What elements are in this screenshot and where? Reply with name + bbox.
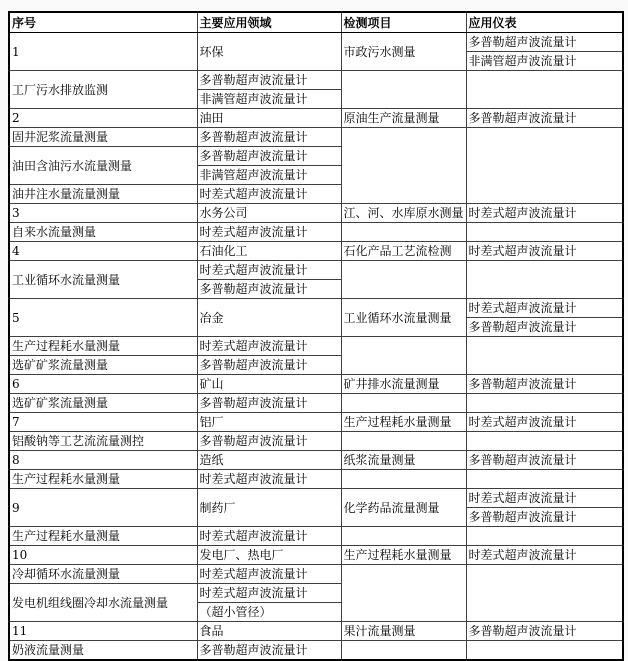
table-cell: 时差式超声波流量计 <box>197 565 341 584</box>
table-cell: 2 <box>9 109 197 128</box>
table-cell: 时差式超声波流量计 <box>197 261 341 280</box>
empty-cell <box>466 394 623 413</box>
table-cell: 工业循环水流量测量 <box>9 261 197 299</box>
table-cell: 油井注水量流量测量 <box>9 185 197 204</box>
table-cell: 时差式超声波流量计 <box>466 299 623 318</box>
table-cell: 多普勒超声波流量计 <box>197 394 341 413</box>
table-cell: 矿井排水流量测量 <box>341 375 466 394</box>
table-cell: 非满管超声波流量计 <box>197 166 341 185</box>
table-cell: 多普勒超声波流量计 <box>197 432 341 451</box>
table-cell: 时差式超声波流量计 <box>197 223 341 242</box>
table-cell: 多普勒超声波流量计 <box>466 622 623 637</box>
table-row: 工厂污水排放监测多普勒超声波流量计 <box>9 71 623 90</box>
header-row: 序号 主要应用领域 检测项目 应用仪表 <box>9 12 623 33</box>
table-header: 序号 主要应用领域 检测项目 应用仪表 <box>9 12 623 33</box>
table-cell: 油田含油污水流量测量 <box>9 147 197 185</box>
empty-cell <box>341 128 466 204</box>
table-cell: 多普勒超声波流量计 <box>197 71 341 90</box>
table-cell: 石油化工 <box>197 242 341 261</box>
empty-cell <box>341 223 466 242</box>
table-cell: 江、河、水库原水测量 <box>341 204 466 223</box>
table-cell: 多普勒超声波流量计 <box>466 318 623 337</box>
table-cell: 时差式超声波流量计 <box>466 413 623 432</box>
table-row: 自来水流量测量时差式超声波流量计 <box>9 223 623 242</box>
table-cell: 9 <box>9 489 197 527</box>
empty-cell <box>341 261 466 299</box>
table-row: 冷却循环水流量测量时差式超声波流量计 <box>9 565 623 584</box>
table-cell: 铝酸钠等工艺流流量测控 <box>9 432 197 451</box>
table-cell: 选矿矿浆流量测量 <box>9 356 197 375</box>
table-cell: 多普勒超声波流量计 <box>197 128 341 147</box>
table-cell: 石化产品工艺流检测 <box>341 242 466 261</box>
empty-cell <box>466 223 623 242</box>
empty-cell <box>341 565 466 622</box>
empty-cell <box>341 337 466 375</box>
table-cell: 造纸 <box>197 451 341 470</box>
table-cell: 6 <box>9 375 197 394</box>
table-row: 固井泥浆流量测量多普勒超声波流量计 <box>9 128 623 147</box>
table-cell: 选矿矿浆流量测量 <box>9 394 197 413</box>
application-table: 序号 主要应用领域 检测项目 应用仪表 1环保市政污水测量多普勒超声波流量计非满… <box>8 11 624 636</box>
table-row: 9制药厂化学药品流量测量时差式超声波流量计 <box>9 489 623 508</box>
table-cell: 3 <box>9 204 197 223</box>
table-cell: 果汁流量测量 <box>341 622 466 637</box>
table-cell: 11 <box>9 622 197 637</box>
table-cell: 时差式超声波流量计 <box>197 470 341 489</box>
table-row: 4石油化工石化产品工艺流检测时差式超声波流量计 <box>9 242 623 261</box>
table-cell: 时差式超声波流量计 <box>197 185 341 204</box>
empty-cell <box>341 71 466 109</box>
table-cell: 多普勒超声波流量计 <box>197 147 341 166</box>
table-cell: 多普勒超声波流量计 <box>197 280 341 299</box>
table-cell: 矿山 <box>197 375 341 394</box>
header-cell-detection-item: 检测项目 <box>341 12 466 33</box>
empty-cell <box>341 394 466 413</box>
table-cell: 1 <box>9 33 197 71</box>
table-cell: 发电机组线圈冷却水流量测量 <box>9 584 197 622</box>
table-cell: 工业循环水流量测量 <box>341 299 466 337</box>
table-cell: 多普勒超声波流量计 <box>466 451 623 470</box>
table-cell: 多普勒超声波流量计 <box>466 508 623 527</box>
table-cell: 纸浆流量测量 <box>341 451 466 470</box>
table-row: 2油田原油生产流量测量多普勒超声波流量计 <box>9 109 623 128</box>
table-cell: 多普勒超声波流量计 <box>197 356 341 375</box>
table-cell: 时差式超声波流量计 <box>197 527 341 546</box>
table-cell: 多普勒超声波流量计 <box>466 375 623 394</box>
table-cell: 冶金 <box>197 299 341 337</box>
table-cell: 非满管超声波流量计 <box>466 52 623 71</box>
application-table-container: 序号 主要应用领域 检测项目 应用仪表 1环保市政污水测量多普勒超声波流量计非满… <box>8 11 624 636</box>
table-cell: 原油生产流量测量 <box>341 109 466 128</box>
table-cell: 时差式超声波流量计 <box>466 489 623 508</box>
table-cell: 食品 <box>197 622 341 637</box>
table-row: 3水务公司江、河、水库原水测量时差式超声波流量计 <box>9 204 623 223</box>
table-row: 选矿矿浆流量测量多普勒超声波流量计 <box>9 394 623 413</box>
empty-cell <box>466 71 623 109</box>
table-cell: 多普勒超声波流量计 <box>466 33 623 52</box>
header-cell-application-field: 主要应用领域 <box>197 12 341 33</box>
table-cell: 铝厂 <box>197 413 341 432</box>
table-cell: （超小管径） <box>197 603 341 622</box>
empty-cell <box>466 337 623 375</box>
table-cell: 冷却循环水流量测量 <box>9 565 197 584</box>
table-row: 8造纸纸浆流量测量多普勒超声波流量计 <box>9 451 623 470</box>
table-cell: 化学药品流量测量 <box>341 489 466 527</box>
table-cell: 生产过程耗水量测量 <box>9 337 197 356</box>
table-cell: 5 <box>9 299 197 337</box>
header-cell-applied-instrument: 应用仪表 <box>466 12 623 33</box>
table-row: 11食品果汁流量测量多普勒超声波流量计 <box>9 622 623 637</box>
empty-cell <box>466 261 623 299</box>
empty-cell <box>341 527 466 546</box>
table-row: 7铝厂生产过程耗水量测量时差式超声波流量计 <box>9 413 623 432</box>
table-cell: 生产过程耗水量测量 <box>341 546 466 565</box>
table-cell: 时差式超声波流量计 <box>197 337 341 356</box>
table-cell: 制药厂 <box>197 489 341 527</box>
table-cell: 工厂污水排放监测 <box>9 71 197 109</box>
table-cell: 水务公司 <box>197 204 341 223</box>
table-cell: 发电厂、热电厂 <box>197 546 341 565</box>
table-row: 6矿山矿井排水流量测量多普勒超声波流量计 <box>9 375 623 394</box>
table-row: 生产过程耗水量测量时差式超声波流量计 <box>9 527 623 546</box>
table-row: 生产过程耗水量测量时差式超声波流量计 <box>9 337 623 356</box>
table-cell: 生产过程耗水量测量 <box>9 470 197 489</box>
header-cell-serial-number: 序号 <box>9 12 197 33</box>
empty-cell <box>341 470 466 489</box>
table-cell: 生产过程耗水量测量 <box>9 527 197 546</box>
empty-cell <box>466 432 623 451</box>
table-cell: 7 <box>9 413 197 432</box>
empty-cell <box>466 128 623 204</box>
table-row: 5冶金工业循环水流量测量时差式超声波流量计 <box>9 299 623 318</box>
empty-cell <box>341 432 466 451</box>
table-row: 10发电厂、热电厂生产过程耗水量测量时差式超声波流量计 <box>9 546 623 565</box>
table-cell: 市政污水测量 <box>341 33 466 71</box>
table-cell: 环保 <box>197 33 341 71</box>
table-row: 铝酸钠等工艺流流量测控多普勒超声波流量计 <box>9 432 623 451</box>
table-cell: 生产过程耗水量测量 <box>341 413 466 432</box>
table-row: 工业循环水流量测量时差式超声波流量计 <box>9 261 623 280</box>
table-cell: 8 <box>9 451 197 470</box>
table-cell: 油田 <box>197 109 341 128</box>
table-body: 1环保市政污水测量多普勒超声波流量计非满管超声波流量计工厂污水排放监测多普勒超声… <box>9 33 623 637</box>
empty-cell <box>466 565 623 622</box>
table-cell: 时差式超声波流量计 <box>466 204 623 223</box>
table-cell: 4 <box>9 242 197 261</box>
table-cell: 时差式超声波流量计 <box>466 242 623 261</box>
empty-cell <box>466 527 623 546</box>
empty-cell <box>466 470 623 489</box>
table-row: 1环保市政污水测量多普勒超声波流量计 <box>9 33 623 52</box>
table-cell: 自来水流量测量 <box>9 223 197 242</box>
table-cell: 10 <box>9 546 197 565</box>
table-cell: 多普勒超声波流量计 <box>466 109 623 128</box>
table-cell: 固井泥浆流量测量 <box>9 128 197 147</box>
table-cell: 非满管超声波流量计 <box>197 90 341 109</box>
table-row: 生产过程耗水量测量时差式超声波流量计 <box>9 470 623 489</box>
table-cell: 时差式超声波流量计 <box>466 546 623 565</box>
table-cell: 时差式超声波流量计 <box>197 584 341 603</box>
